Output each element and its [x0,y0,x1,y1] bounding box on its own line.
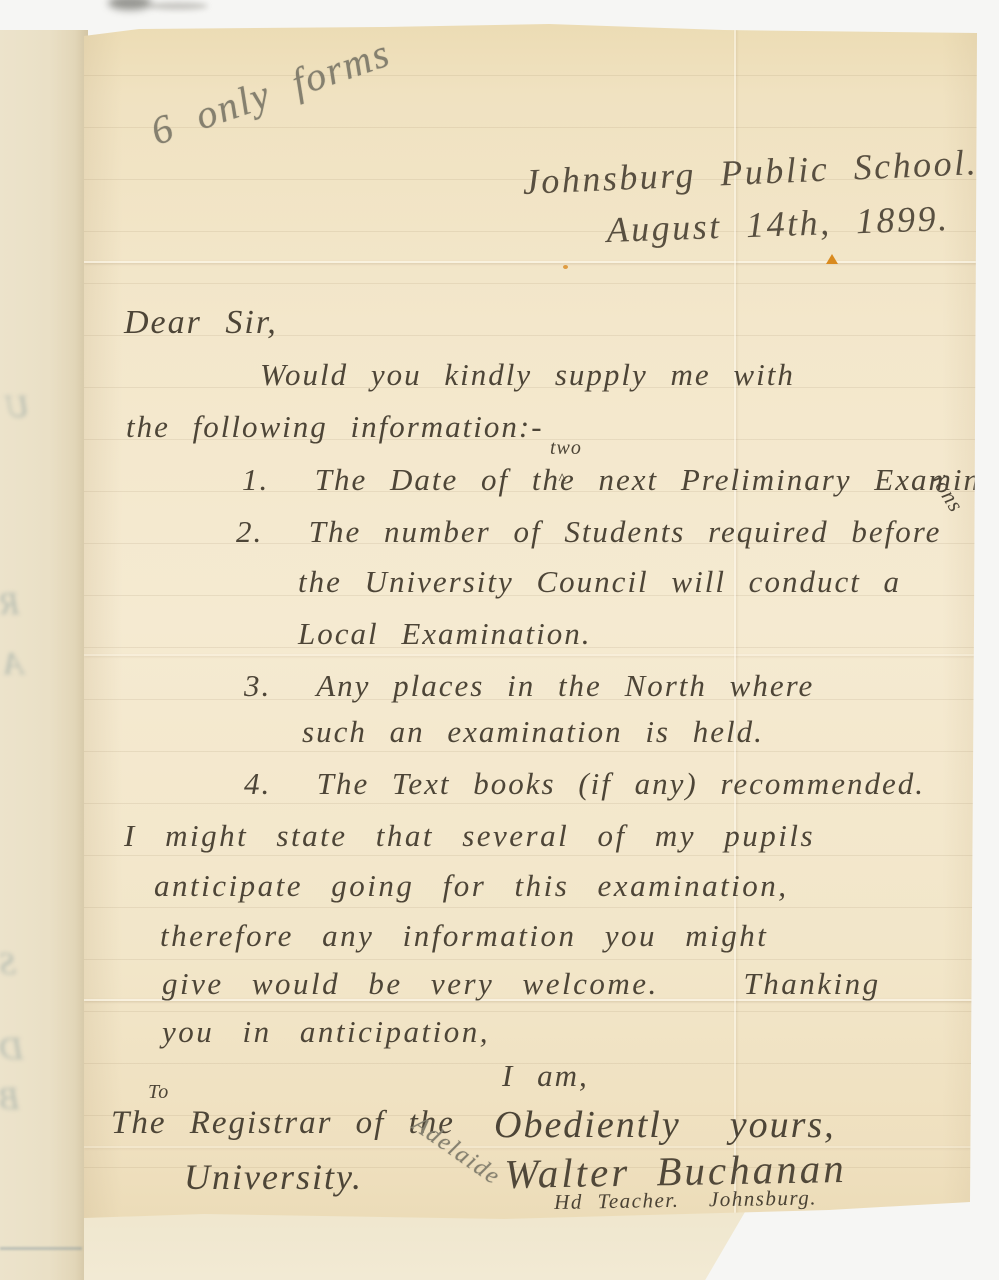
list-item-2: 2. The number of Students required befor… [236,516,941,547]
insertion-word: two [550,438,582,458]
body-line: Would you kindly supply me with [260,359,795,390]
addressee-line1: The Registrar of the [111,1107,455,1140]
showthrough-mark: U [6,388,29,425]
list-item-3: 3. Any places in the North where [244,670,814,701]
insertion-caret: ^ [558,472,566,488]
list-item-3-line2: such an examination is held. [302,716,764,747]
list-item-2-line2: the University Council will conduct a [298,566,901,597]
letterhead-date: August 14th, 1899. [606,200,950,248]
pencil-adelaide: Adelaide [408,1112,505,1190]
body-line: therefore any information you might [160,920,768,951]
paper-stain [826,254,838,264]
showthrough-mark: D [0,1030,23,1067]
pencil-annotation: 6 only forms [146,33,395,152]
letterhead-place: Johnsburg Public School. [522,144,979,200]
addressee-to: To [148,1082,169,1102]
list-item-2-line3: Local Examination. [298,618,592,649]
body-line: you in anticipation, [162,1016,490,1047]
scan-smudge [148,2,208,10]
addressee-line2: University. [184,1159,363,1195]
fold-crease-vertical [734,24,736,1220]
body-line: anticipate going for this examination, [154,870,789,901]
body-line: give would be very welcome. Thanking [162,968,881,999]
fold-crease-horizontal [84,261,978,263]
showthrough-mark: R [0,585,20,622]
list-item-4: 4. The Text books (if any) recommended. [244,768,925,799]
scan-smudge [108,0,152,10]
signature-title: Hd Teacher. Johnsburg. [554,1187,817,1213]
fold-crease-horizontal [84,654,978,656]
showthrough-mark: S [0,945,16,982]
showthrough-mark: A [4,645,24,682]
valediction-obediently: Obediently yours, [494,1106,836,1144]
salutation: Dear Sir, [124,306,278,340]
body-line: I might state that several of my pupils [124,820,815,851]
body-line: the following information:- [126,411,544,442]
letter-page: 6 only forms Johnsburg Public School. Au… [84,24,978,1220]
valediction-i-am: I am, [502,1060,589,1091]
showthrough-mark: B [0,1080,20,1117]
paper-stain [563,265,568,269]
showthrough-rule [0,1247,82,1250]
list-item-1: 1. The Date of the next Preliminary Exam… [242,464,999,495]
